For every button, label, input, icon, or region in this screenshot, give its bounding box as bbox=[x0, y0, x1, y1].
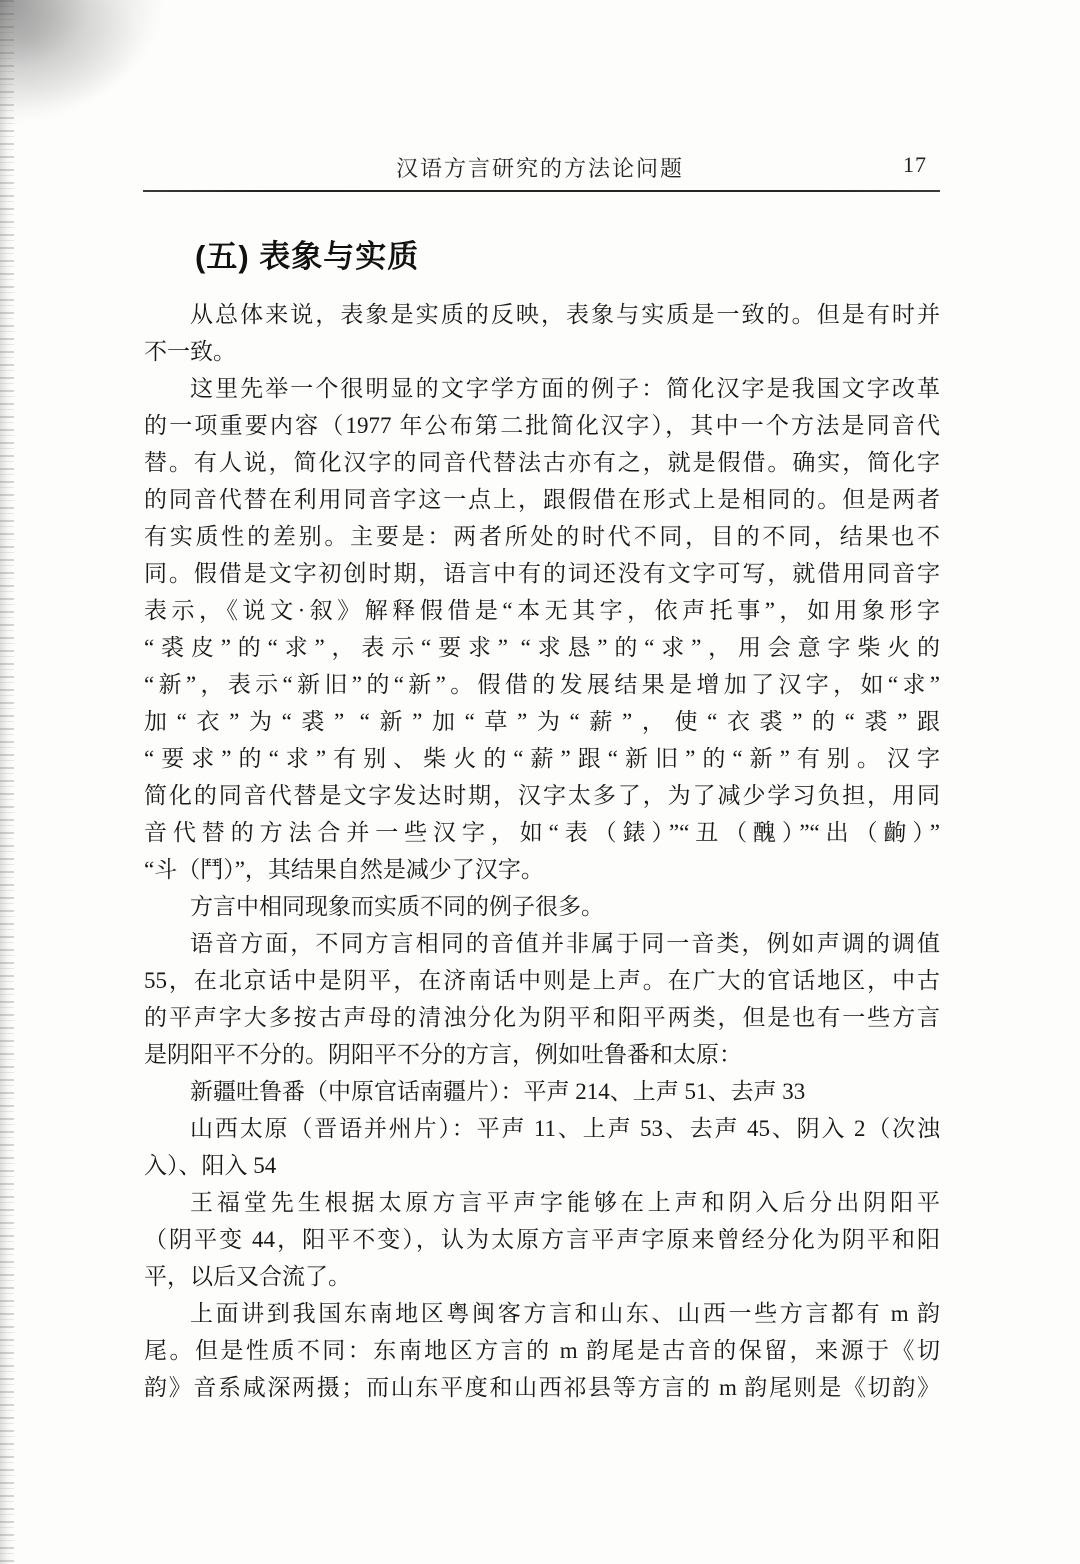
page-number: 17 bbox=[903, 152, 927, 178]
section-heading: (五) 表象与实质 bbox=[195, 231, 419, 276]
text-line: 加“衣”为“裘” “新”加“草”为“薪”，使“衣裘”的“裘”跟 bbox=[144, 703, 940, 740]
text-line: 音代替的方法合并一些汉字，如“表（錶）”“丑（醜）”“出（齣）” bbox=[144, 814, 940, 851]
scan-corner-artifact bbox=[0, 0, 170, 130]
text-line: 替。有人说，简化汉字的同音代替法古亦有之，就是假借。确实，简化字 bbox=[144, 444, 940, 481]
text-line: 是阴阳平不分的。阴阳平不分的方言，例如吐鲁番和太原： bbox=[144, 1036, 940, 1073]
text-line: 方言中相同现象而实质不同的例子很多。 bbox=[144, 888, 940, 925]
text-line: 王福堂先生根据太原方言平声字能够在上声和阴入后分出阴阳平 bbox=[144, 1184, 940, 1221]
text-line: 的平声字大多按古声母的清浊分化为阴平和阳平两类，但是也有一些方言 bbox=[144, 999, 940, 1036]
text-line: 同。假借是文字初创时期，语言中有的词还没有文字可写，就借用同音字 bbox=[144, 555, 940, 592]
scanned-book-page: 汉语方言研究的方法论问题 17 (五) 表象与实质 从总体来说，表象是实质的反映… bbox=[0, 0, 1080, 1564]
text-line: 简化的同音代替是文字发达时期，汉字太多了，为了减少学习负担，用同 bbox=[144, 777, 940, 814]
text-line: 山西太原（晋语并州片）：平声 11、上声 53、去声 45、阴入 2（次浊 bbox=[144, 1110, 940, 1147]
text-line: 表示，《说文·叙》解释假借是“本无其字，依声托事”，如用象形字 bbox=[144, 592, 940, 629]
header-divider bbox=[143, 190, 940, 192]
text-line: 不一致。 bbox=[144, 333, 940, 370]
body-text-column: 从总体来说，表象是实质的反映，表象与实质是一致的。但是有时并 不一致。 这里先举… bbox=[144, 296, 940, 1406]
text-line: 语音方面，不同方言相同的音值并非属于同一音类，例如声调的调值 bbox=[144, 925, 940, 962]
text-line: 的同音代替在利用同音字这一点上，跟假借在形式上是相同的。但是两者 bbox=[144, 481, 940, 518]
text-line: 55，在北京话中是阴平，在济南话中则是上声。在广大的官话地区，中古 bbox=[144, 962, 940, 999]
scan-edge-artifact bbox=[0, 0, 14, 1564]
text-line: “要求”的“求”有别、柴火的“薪”跟“新旧”的“新”有别。汉字 bbox=[144, 740, 940, 777]
text-line: 上面讲到我国东南地区粤闽客方言和山东、山西一些方言都有 m 韵 bbox=[144, 1295, 940, 1332]
text-line: 入）、阳入 54 bbox=[144, 1147, 940, 1184]
text-line: “裘皮”的“求”，表示“要求” “求恳”的“求”，用会意字柴火的 bbox=[144, 629, 940, 666]
text-line: “斗（鬥）”，其结果自然是减少了汉字。 bbox=[144, 851, 940, 888]
text-line: 从总体来说，表象是实质的反映，表象与实质是一致的。但是有时并 bbox=[144, 296, 940, 333]
text-line: 韵》音系咸深两摄；而山东平度和山西祁县等方言的 m 韵尾则是《切韵》 bbox=[144, 1369, 940, 1406]
text-line: 平，以后又合流了。 bbox=[144, 1258, 940, 1295]
text-line: 的一项重要内容（1977 年公布第二批简化汉字），其中一个方法是同音代 bbox=[144, 407, 940, 444]
text-line: 有实质性的差别。主要是：两者所处的时代不同，目的不同，结果也不 bbox=[144, 518, 940, 555]
text-line: 尾。但是性质不同：东南地区方言的 m 韵尾是古音的保留，来源于《切 bbox=[144, 1332, 940, 1369]
text-line: 新疆吐鲁番（中原官话南疆片）：平声 214、上声 51、去声 33 bbox=[144, 1073, 940, 1110]
text-line: （阴平变 44，阳平不变），认为太原方言平声字原来曾经分化为阴平和阳 bbox=[144, 1221, 940, 1258]
text-line: 这里先举一个很明显的文字学方面的例子：简化汉字是我国文字改革 bbox=[144, 370, 940, 407]
text-line: “新”，表示“新旧”的“新”。假借的发展结果是增加了汉字，如“求” bbox=[144, 666, 940, 703]
